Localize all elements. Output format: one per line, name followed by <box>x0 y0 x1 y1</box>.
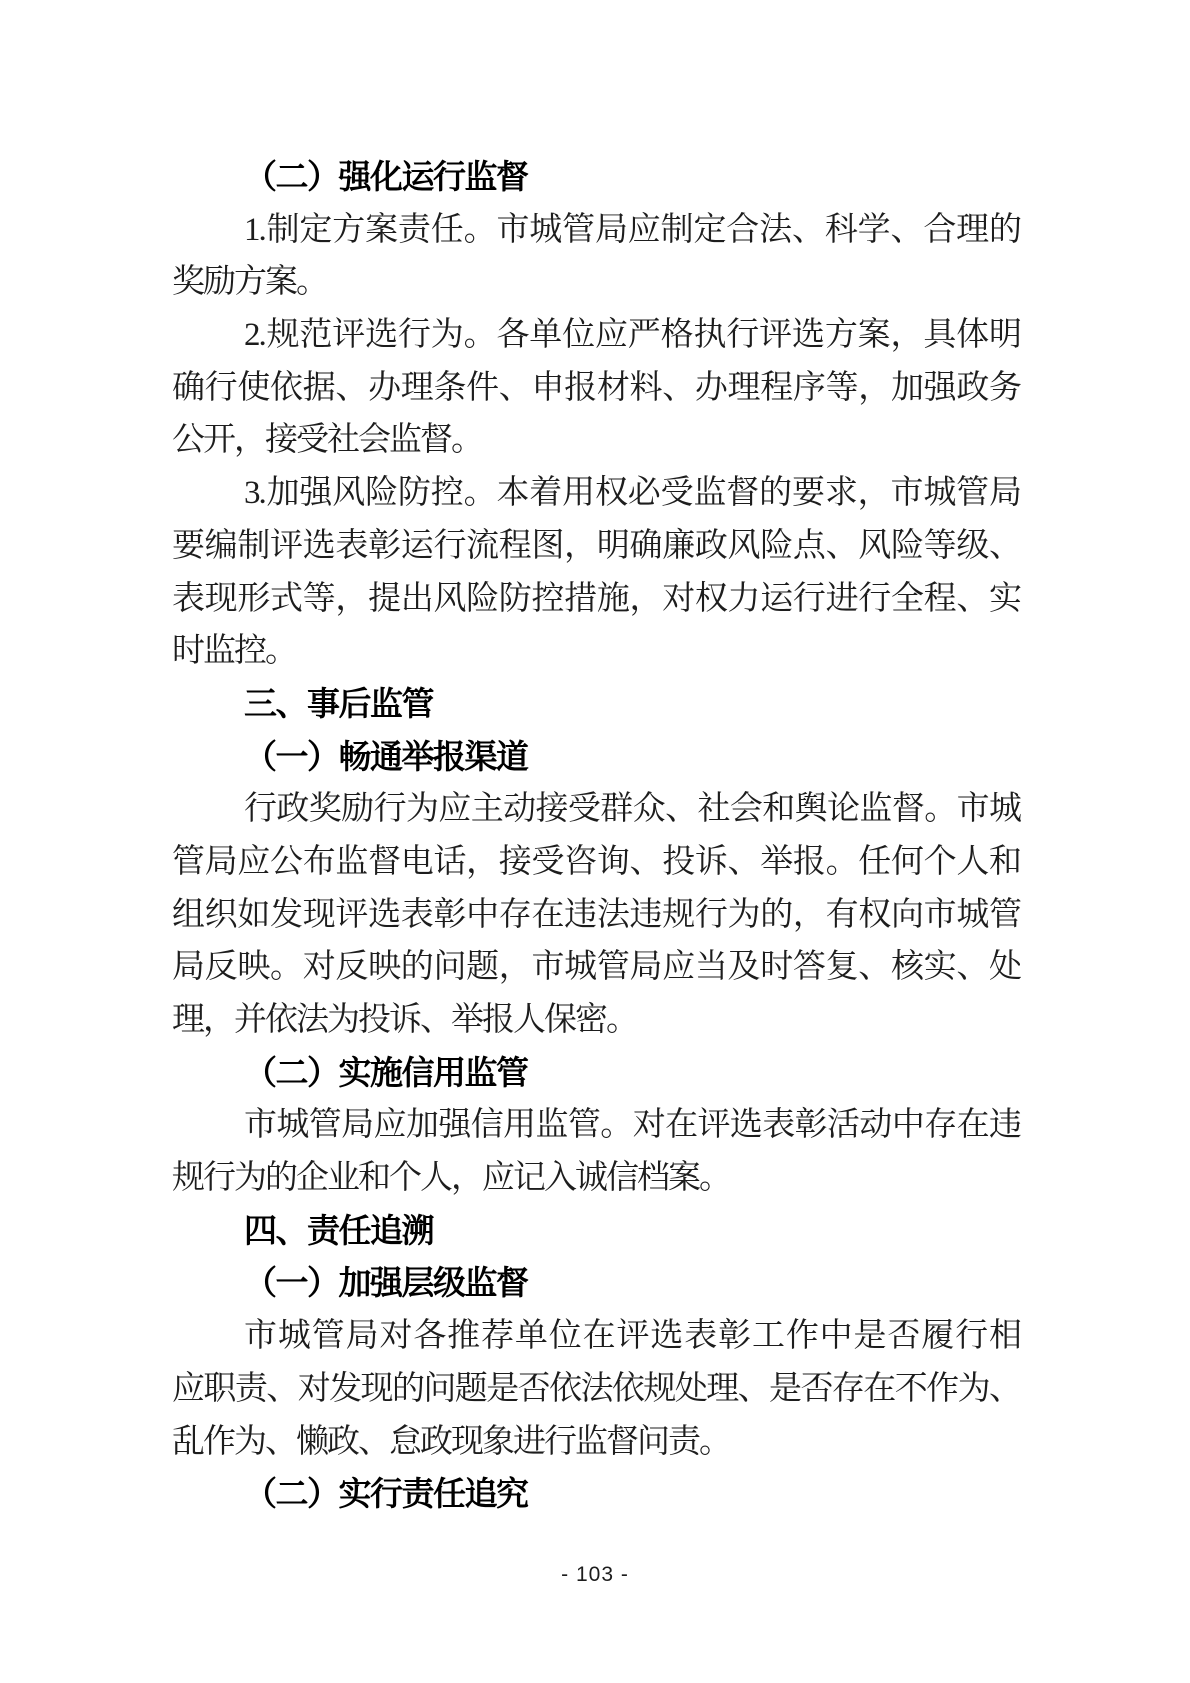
subsection-heading: （一）畅通举报渠道 <box>172 731 1020 784</box>
document-body: （二）强化运行监督1.制定方案责任。市城管局应制定合法、科学、合理的奖励方案。2… <box>172 151 1020 1521</box>
subsection-heading: （二）强化运行监督 <box>172 151 1020 204</box>
page-number: - 103 - <box>0 1563 1190 1587</box>
paragraph-line: 乱作为、懒政、怠政现象进行监督问责。 <box>172 1416 1020 1469</box>
paragraph-line: 奖励方案。 <box>172 256 1020 309</box>
paragraph-line: 要编制评选表彰运行流程图，明确廉政风险点、风险等级、 <box>172 520 1020 573</box>
paragraph-line: 局反映。对反映的问题，市城管局应当及时答复、核实、处 <box>172 941 1020 994</box>
subsection-heading: （二）实施信用监管 <box>172 1047 1020 1100</box>
paragraph-line: 管局应公布监督电话，接受咨询、投诉、举报。任何个人和 <box>172 836 1020 889</box>
paragraph-line: 理，并依法为投诉、举报人保密。 <box>172 994 1020 1047</box>
paragraph-line: 行政奖励行为应主动接受群众、社会和舆论监督。市城 <box>172 783 1020 836</box>
paragraph-line: 市城管局对各推荐单位在评选表彰工作中是否履行相 <box>172 1310 1020 1363</box>
subsection-heading: （一）加强层级监督 <box>172 1257 1020 1310</box>
paragraph-line: 公开，接受社会监督。 <box>172 414 1020 467</box>
paragraph-line: 组织如发现评选表彰中存在违法违规行为的，有权向市城管 <box>172 889 1020 942</box>
paragraph-line: 应职责、对发现的问题是否依法依规处理、是否存在不作为、 <box>172 1363 1020 1416</box>
paragraph-line: 3.加强风险防控。本着用权必受监督的要求，市城管局 <box>172 467 1020 520</box>
subsection-heading: （二）实行责任追究 <box>172 1468 1020 1521</box>
paragraph-line: 规行为的企业和个人，应记入诚信档案。 <box>172 1152 1020 1205</box>
paragraph-line: 时监控。 <box>172 625 1020 678</box>
paragraph-line: 确行使依据、办理条件、申报材料、办理程序等，加强政务 <box>172 362 1020 415</box>
document-page: （二）强化运行监督1.制定方案责任。市城管局应制定合法、科学、合理的奖励方案。2… <box>0 0 1190 1683</box>
section-heading: 三、事后监管 <box>172 678 1020 731</box>
section-heading: 四、责任追溯 <box>172 1205 1020 1258</box>
paragraph-line: 表现形式等，提出风险防控措施，对权力运行进行全程、实 <box>172 573 1020 626</box>
paragraph-line: 市城管局应加强信用监管。对在评选表彰活动中存在违 <box>172 1099 1020 1152</box>
paragraph-line: 2.规范评选行为。各单位应严格执行评选方案，具体明 <box>172 309 1020 362</box>
paragraph-line: 1.制定方案责任。市城管局应制定合法、科学、合理的 <box>172 204 1020 257</box>
